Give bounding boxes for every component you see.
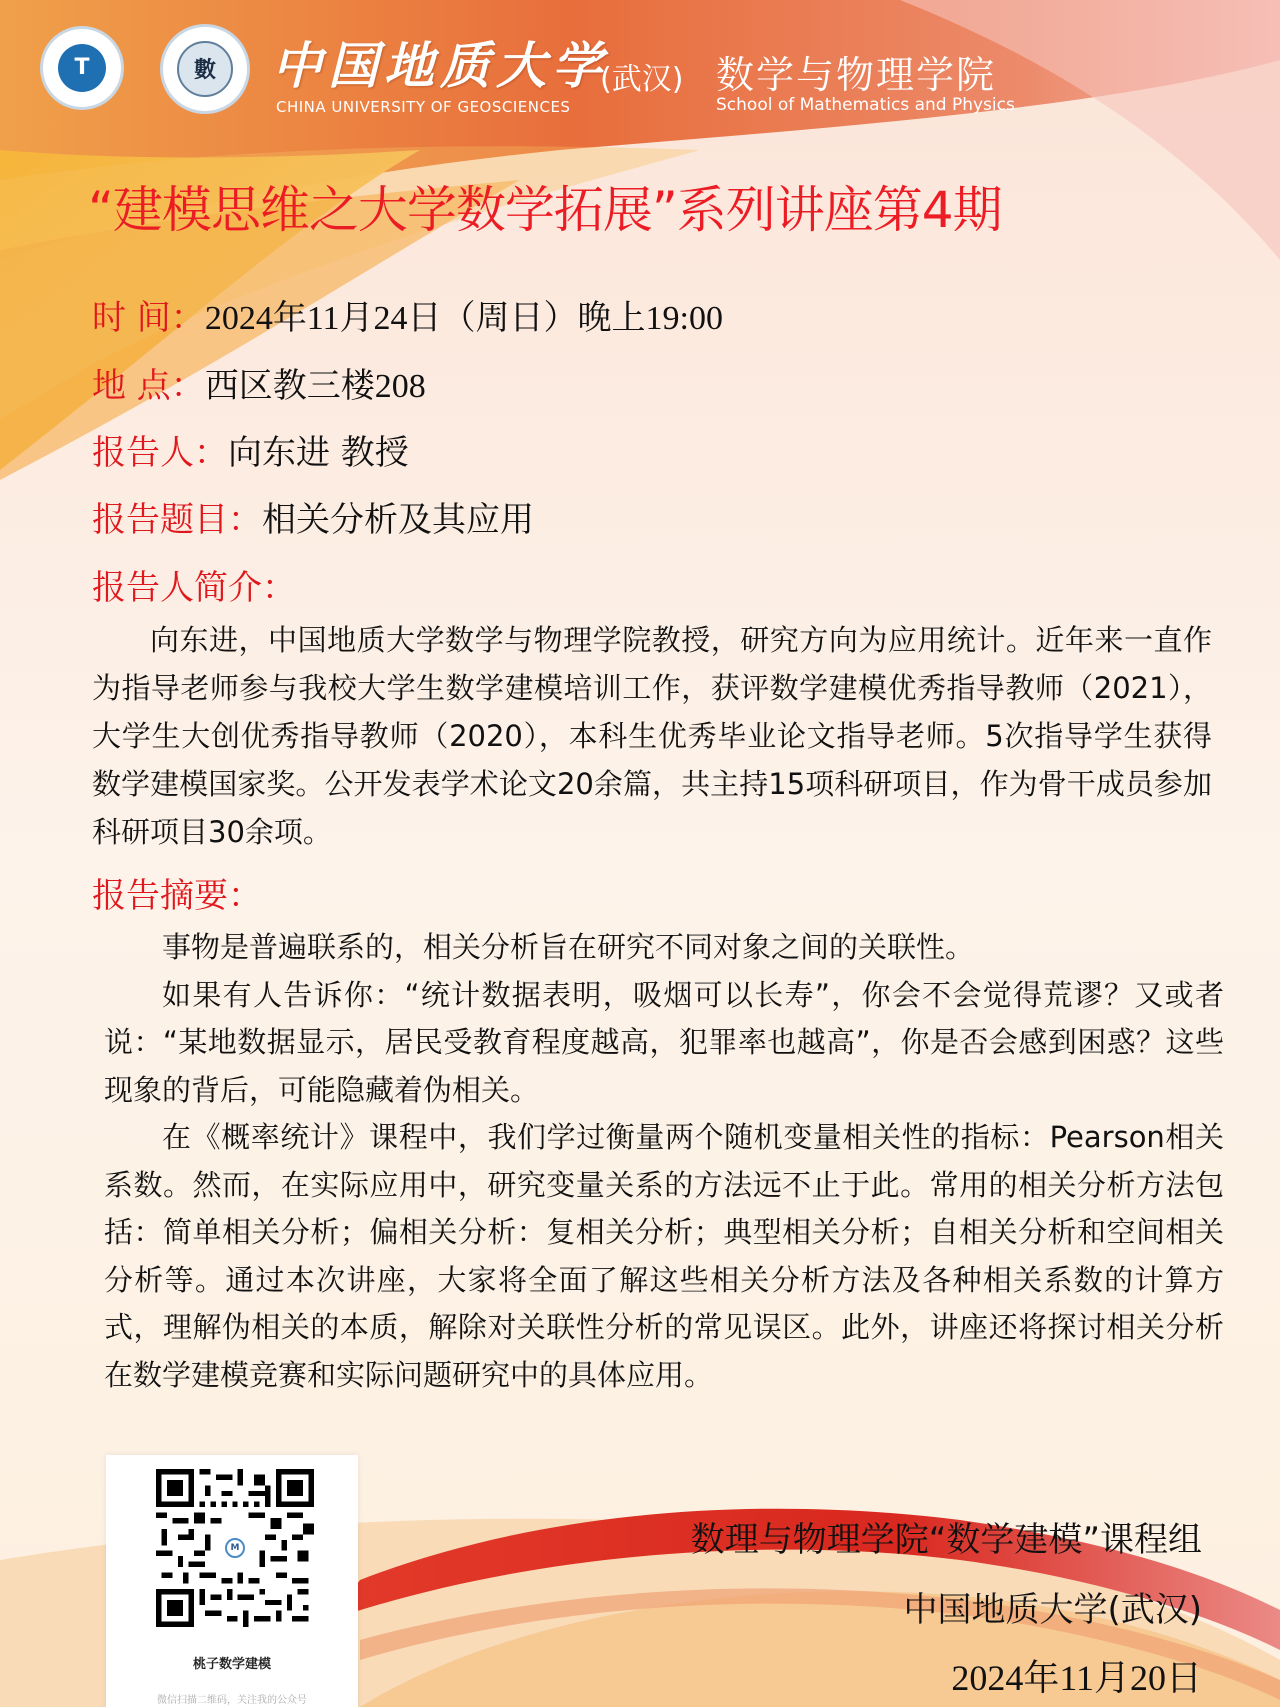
qr-account-name: 桃子数学建模 [106, 1653, 358, 1672]
place-value: 西区教三楼208 [205, 368, 426, 405]
topic-label: 报告题目： [92, 500, 262, 540]
qr-center-logo: M [223, 1536, 247, 1560]
time-label: 时 间： [92, 298, 205, 338]
math-school-emblem-logo: 數 [160, 24, 250, 114]
university-name-en: CHINA UNIVERSITY OF GEOSCIENCES [276, 98, 570, 116]
speaker-label: 报告人： [92, 433, 228, 473]
abstract-paragraph: 在《概率统计》课程中，我们学过衡量两个随机变量相关性的指标：Pearson相关系… [104, 1114, 1224, 1399]
time-value: 2024年11月24日（周日）晚上19:00 [205, 300, 723, 337]
info-place: 地 点：西区教三楼208 [92, 358, 426, 407]
hammer-emblem-icon: T [58, 44, 106, 92]
wechat-qr-card: M 桃子数学建模 微信扫描二维码，关注我的公众号 [106, 1455, 358, 1707]
info-speaker: 报告人：向东进 教授 [92, 425, 409, 474]
abstract-body: 事物是普遍联系的，相关分析旨在研究不同对象之间的关联性。 如果有人告诉你：“统计… [104, 924, 1224, 1399]
cug-emblem-logo: T [40, 26, 124, 110]
issue-date: 2024年11月20日 [951, 1650, 1202, 1701]
qr-hint: 微信扫描二维码，关注我的公众号 [106, 1691, 358, 1706]
m-badge-icon: M [225, 1538, 245, 1558]
info-topic: 报告题目：相关分析及其应用 [92, 492, 534, 541]
info-time: 时 间：2024年11月24日（周日）晚上19:00 [92, 290, 723, 339]
poster: T 數 中国地质大学 CHINA UNIVERSITY OF GEOSCIENC… [0, 0, 1280, 1707]
topic-value: 相关分析及其应用 [262, 500, 534, 540]
lecture-title: “建模思维之大学数学拓展”系列讲座第4期 [88, 170, 1228, 242]
bio-heading: 报告人简介： [92, 560, 296, 609]
shu-character-emblem-icon: 數 [177, 41, 233, 97]
school-name-en: School of Mathematics and Physics [716, 95, 1015, 115]
school-name-cn: 数学与物理学院 [716, 44, 996, 99]
abstract-paragraph: 事物是普遍联系的，相关分析旨在研究不同对象之间的关联性。 [104, 924, 1224, 972]
university-city: (武汉) [600, 54, 683, 98]
speaker-value: 向东进 教授 [228, 433, 409, 473]
bio-text: 向东进，中国地质大学数学与物理学院教授，研究方向为应用统计。近年来一直作为指导老… [92, 616, 1212, 856]
abstract-heading: 报告摘要： [92, 868, 262, 917]
university-name-cn: 中国地质大学 [272, 26, 608, 98]
organizer-university: 中国地质大学(武汉) [903, 1582, 1202, 1631]
abstract-paragraph: 如果有人告诉你：“统计数据表明，吸烟可以长寿”，你会不会觉得荒谬？又或者说：“某… [104, 972, 1224, 1115]
organizer: 数理与物理学院“数学建模”课程组 [691, 1512, 1202, 1561]
place-label: 地 点： [92, 366, 205, 406]
